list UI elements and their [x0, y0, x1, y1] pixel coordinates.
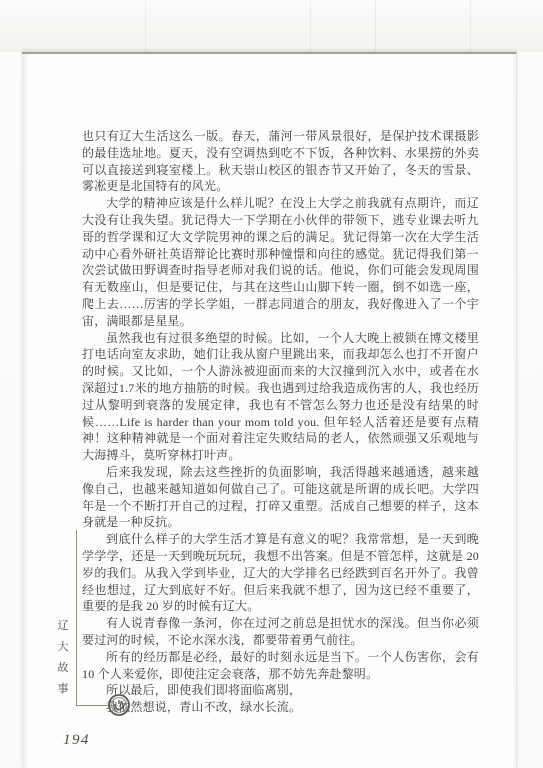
ornament-connector-line — [76, 705, 108, 706]
paragraph: 大学的精神应该是什么样儿呢？在没上大学之前我就有点期许，而辽大没有让我失望。犹记… — [82, 195, 479, 329]
paragraph: 我依然想说，青山不改，绿水长流。 — [82, 699, 479, 716]
paragraph: 虽然我也有过很多绝望的时候。比如，一个人大晚上被锁在博文楼里打电话向室友求助，她… — [82, 330, 479, 464]
paragraph: 所有的经历都是必经，最好的时刻永远是当下。一个人伤害你，会有 10 个人来爱你，… — [82, 649, 479, 683]
body-text: 也只有辽大生活这么一版。春天，蒲河一带风景很好，是保护技术课摄影的最佳选址地。夏… — [82, 128, 479, 716]
scan-streak — [310, 0, 311, 52]
sidebar-char: 辽 — [58, 621, 69, 632]
sidebar-rule-line — [76, 530, 77, 706]
clock-ornament-icon — [107, 693, 131, 717]
scan-streak — [375, 0, 376, 52]
scanned-book-photo: 也只有辽大生活这么一版。春天，蒲河一带风景很好，是保护技术课摄影的最佳选址地。夏… — [0, 0, 543, 768]
scan-margin-top — [0, 0, 543, 52]
paragraph: 后来我发现，除去这些挫折的负面影响，我活得越来越通透，越来越像自己，也越来越知道… — [82, 464, 479, 531]
paragraph: 到底什么样子的大学生活才算是有意义的呢？我常常想，是一天到晚学学学，还是一天到晚… — [82, 531, 479, 615]
scan-streak — [470, 0, 471, 52]
paragraph: 有人说青春像一条河，你在过河之前总是担忧水的深浅。但当你必须要过河的时候，不论水… — [82, 615, 479, 649]
sidebar-series-label: 辽 大 故 事 — [56, 621, 70, 695]
paragraph: 也只有辽大生活这么一版。春天，蒲河一带风景很好，是保护技术课摄影的最佳选址地。夏… — [82, 128, 479, 195]
sidebar-char: 大 — [58, 642, 69, 653]
paragraph: 所以最后，即使我们即将面临离别， — [82, 682, 479, 699]
sidebar-char: 故 — [58, 663, 69, 674]
scan-streak — [145, 0, 146, 52]
sidebar-char: 事 — [58, 684, 69, 695]
page-number: 194 — [63, 732, 90, 749]
